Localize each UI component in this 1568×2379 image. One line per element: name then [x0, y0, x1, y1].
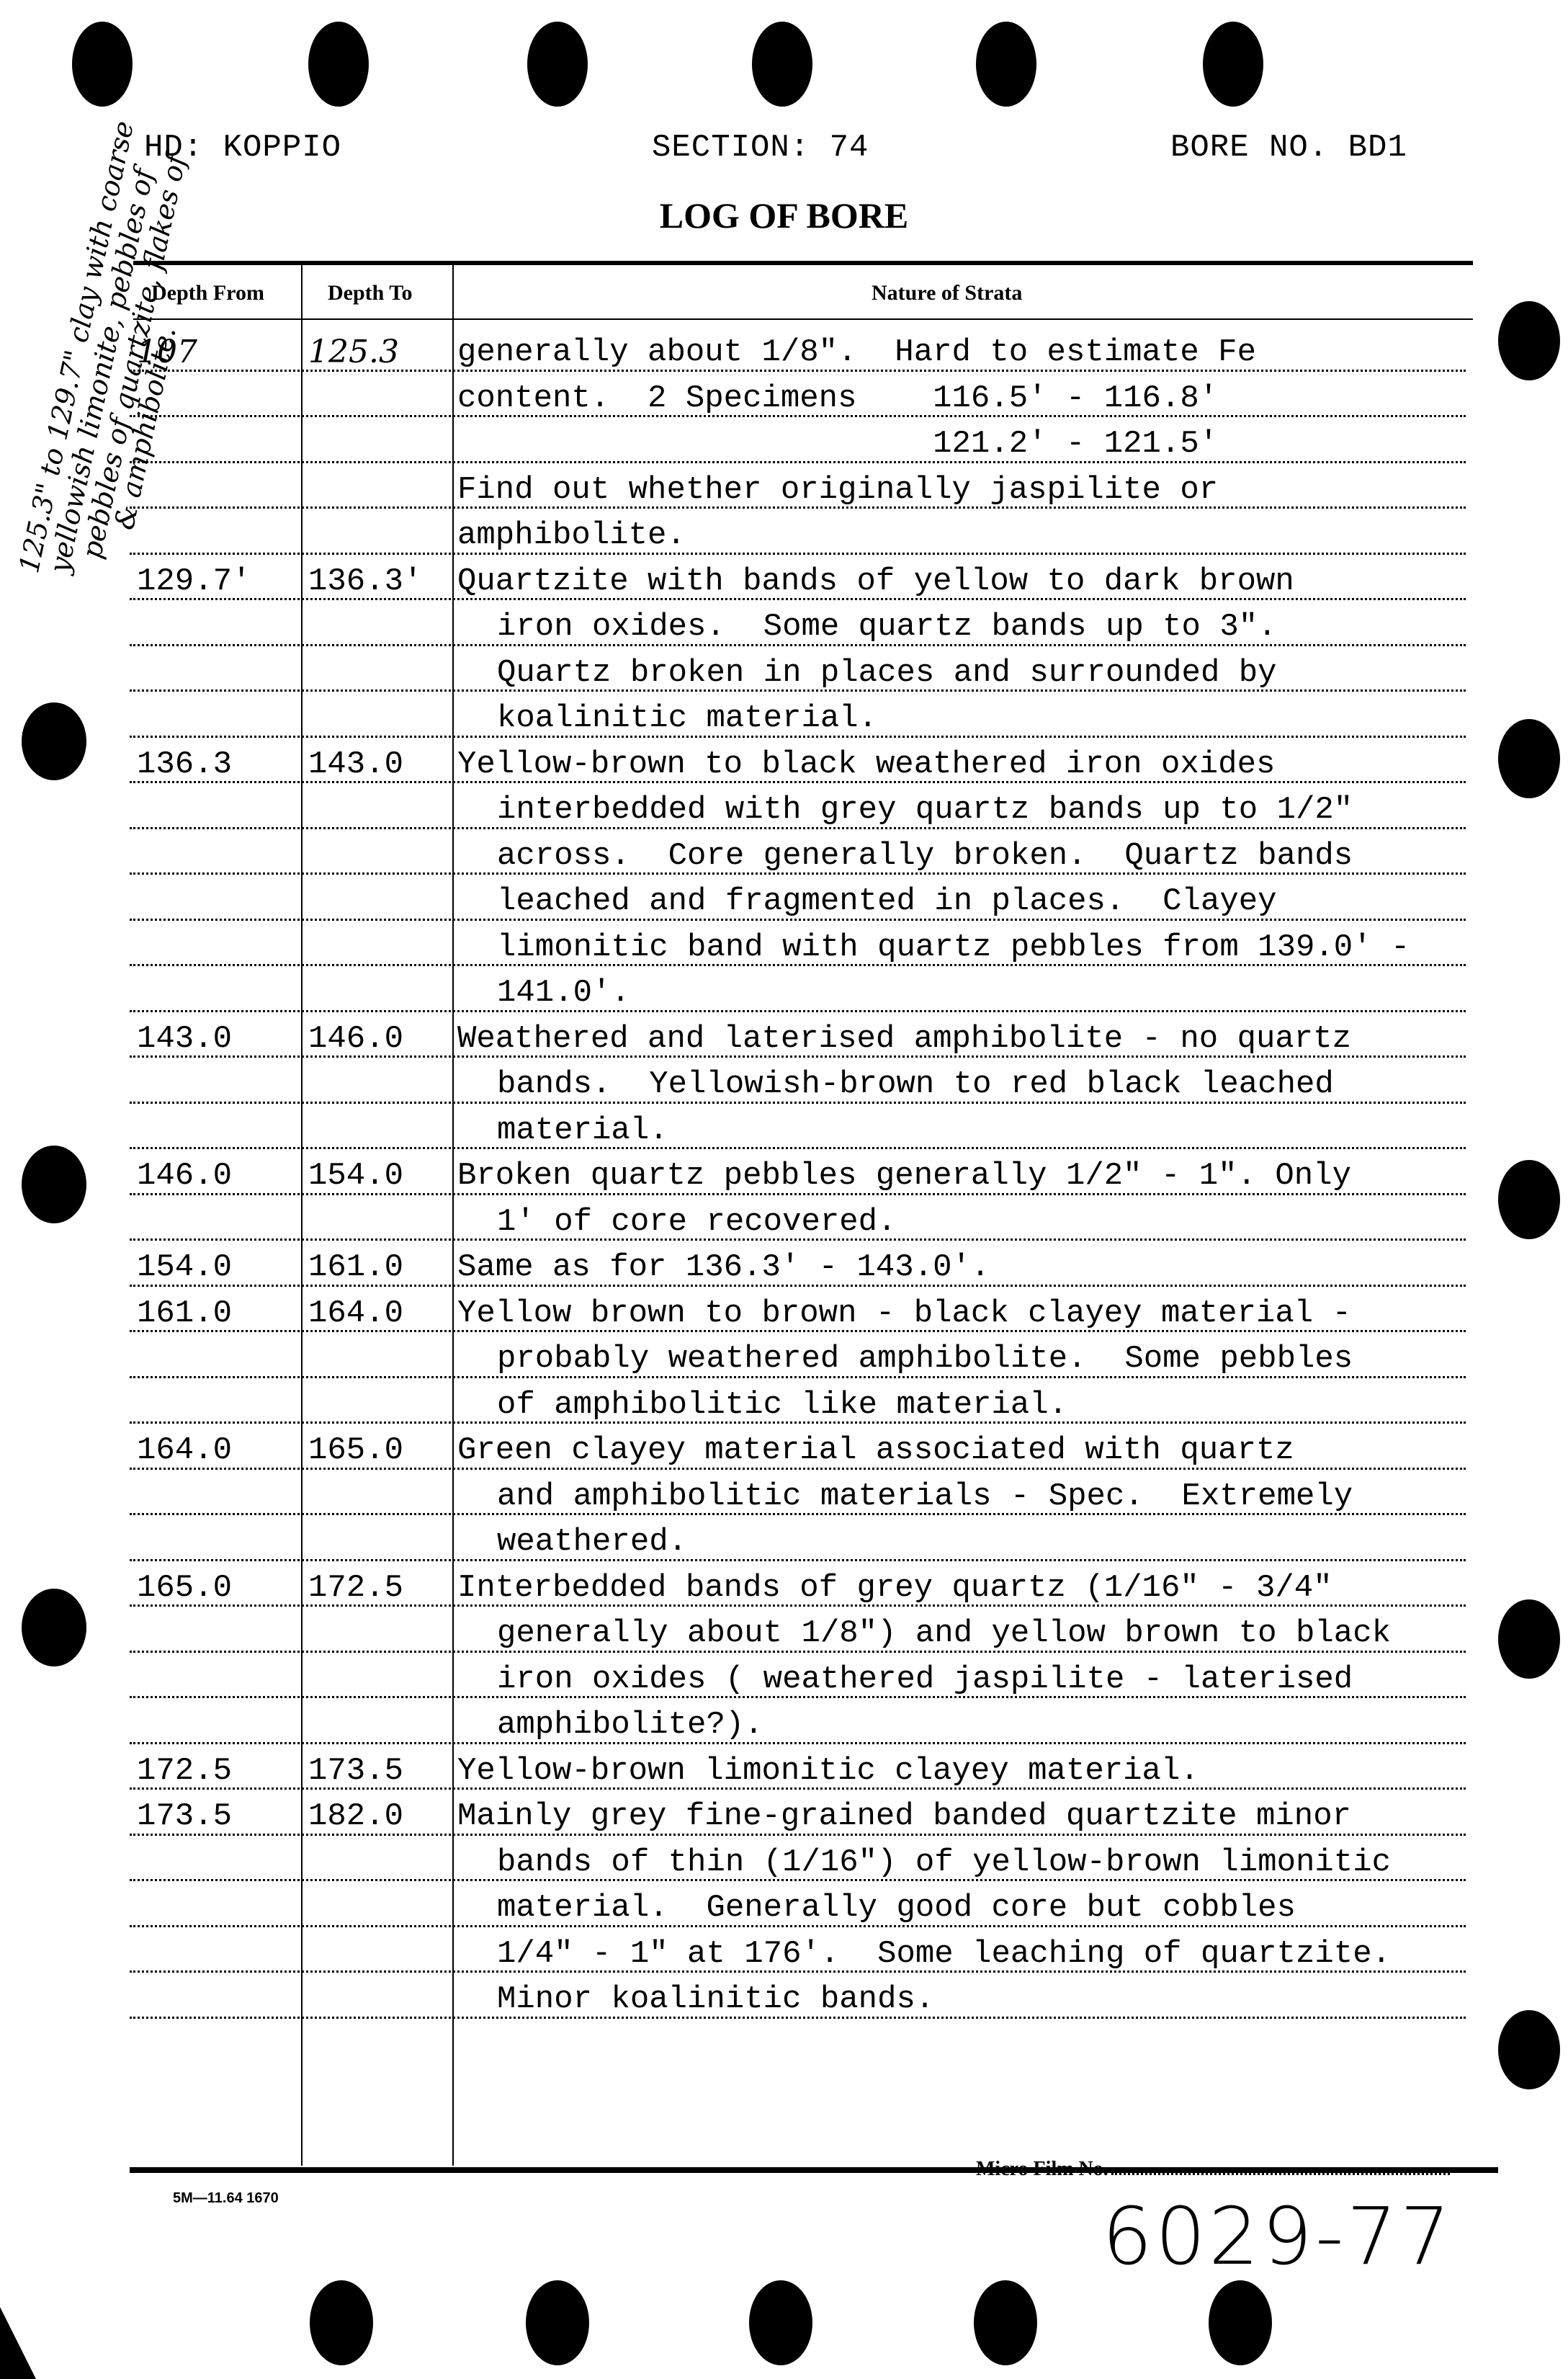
ruled-dotted-line	[130, 2017, 1466, 2019]
depth-to: 146.0	[308, 1023, 403, 1055]
strata-description-line: across. Core generally broken. Quartz ba…	[497, 840, 1353, 872]
strata-description-line: generally about 1/8". Hard to estimate F…	[457, 336, 1256, 368]
ruled-dotted-line	[130, 827, 1466, 829]
strata-description-line: probably weathered amphibolite. Some peb…	[497, 1343, 1353, 1375]
ruled-dotted-line	[130, 689, 1466, 692]
ruled-dotted-line	[130, 506, 1466, 509]
strata-description-line: limonitic band with quartz pebbles from …	[497, 932, 1410, 963]
ruled-dotted-line	[130, 1376, 1466, 1378]
depth-to: 164.0	[308, 1298, 403, 1329]
depth-from: 136.3	[137, 749, 232, 780]
depth-from: 165.0	[137, 1572, 232, 1604]
ruled-dotted-line	[130, 1055, 1466, 1058]
punch-hole	[527, 22, 588, 107]
ruled-dotted-line	[130, 964, 1466, 966]
ruled-dotted-line	[130, 1696, 1466, 1698]
punch-hole	[308, 22, 369, 107]
column-header-depth-to: Depth To	[328, 281, 413, 305]
depth-to: 182.0	[308, 1800, 403, 1832]
ruled-dotted-line	[130, 1651, 1466, 1653]
table-row: 143.0146.0Weathered and laterised amphib…	[130, 1014, 1466, 1152]
depth-to: 173.5	[308, 1755, 403, 1787]
strata-description-line: interbedded with grey quartz bands up to…	[497, 794, 1353, 826]
ruled-dotted-line	[130, 1238, 1466, 1241]
strata-description-line: 1' of core recovered.	[497, 1206, 897, 1238]
punch-hole	[1498, 1599, 1560, 1679]
column-header-nature-of-strata: Nature of Strata	[872, 281, 1022, 305]
strata-description-line: material.	[497, 1115, 668, 1146]
torn-corner	[0, 2307, 36, 2379]
ruled-dotted-line	[130, 1834, 1466, 1836]
strata-description-line: koalinitic material.	[497, 702, 877, 734]
table-row: 107125.3generally about 1/8". Hard to es…	[130, 328, 1466, 557]
strata-description-line: Interbedded bands of grey quartz (1/16" …	[457, 1572, 1332, 1604]
strata-description-line: amphibolite?).	[497, 1709, 763, 1741]
depth-to: 165.0	[308, 1434, 403, 1466]
header-bottom-rule	[133, 318, 1473, 320]
ruled-dotted-line	[130, 919, 1466, 921]
strata-description-line: Yellow-brown to black weathered iron oxi…	[457, 749, 1275, 780]
depth-to: 125.3	[308, 336, 399, 368]
strata-description-line: 141.0'.	[497, 977, 630, 1009]
depth-from: 161.0	[137, 1298, 232, 1329]
punch-hole	[526, 2280, 589, 2365]
ruled-dotted-line	[130, 1742, 1466, 1744]
depth-to: 161.0	[308, 1251, 403, 1283]
table-row: 173.5182.0Mainly grey fine-grained bande…	[130, 1792, 1466, 2021]
depth-to: 143.0	[308, 749, 403, 780]
strata-description-line: amphibolite.	[457, 519, 686, 551]
punch-hole	[22, 702, 86, 780]
hd-label: HD: KOPPIO	[144, 130, 341, 166]
ruled-dotted-line	[130, 1010, 1466, 1012]
table-row: 146.0154.0Broken quartz pebbles generall…	[130, 1151, 1466, 1243]
ruled-dotted-line	[130, 1925, 1466, 1927]
punch-hole	[1498, 2010, 1560, 2089]
punch-hole	[749, 2280, 812, 2365]
ruled-dotted-line	[130, 1559, 1466, 1561]
strata-description-line: Yellow-brown limonitic clayey material.	[457, 1755, 1199, 1787]
strata-description-line: generally about 1/8") and yellow brown t…	[497, 1617, 1391, 1649]
strata-description-line: of amphibolitic like material.	[497, 1389, 1067, 1421]
table-top-rule	[133, 261, 1473, 265]
strata-description-line: bands of thin (1/16") of yellow-brown li…	[497, 1847, 1391, 1878]
ruled-dotted-line	[130, 1970, 1466, 1973]
table-row: 136.3143.0Yellow-brown to black weathere…	[130, 740, 1466, 1014]
ruled-dotted-line	[130, 781, 1466, 783]
strata-description-line: bands. Yellowish-brown to red black leac…	[497, 1068, 1334, 1100]
ruled-dotted-line	[130, 1285, 1466, 1287]
punch-hole	[22, 1589, 86, 1666]
table-row: 154.0161.0Same as for 136.3' - 143.0'.	[130, 1243, 1466, 1289]
strata-description-line: Green clayey material associated with qu…	[457, 1434, 1294, 1466]
ruled-dotted-line	[130, 1102, 1466, 1104]
strata-description-line: Same as for 136.3' - 143.0'.	[457, 1251, 990, 1283]
punch-hole	[752, 22, 812, 107]
depth-from: 164.0	[137, 1434, 232, 1466]
strata-description-line: Find out whether originally jaspilite or	[457, 474, 1218, 506]
depth-from: 107	[137, 336, 197, 368]
strata-description-line: Quartz broken in places and surrounded b…	[497, 657, 1277, 689]
punch-hole	[1498, 719, 1560, 798]
ruled-dotted-line	[130, 1604, 1466, 1607]
strata-description-line: leached and fragmented in places. Clayey	[497, 885, 1277, 917]
depth-from: 129.7'	[137, 566, 251, 597]
punch-hole	[976, 22, 1036, 107]
punch-hole	[310, 2280, 373, 2365]
depth-from: 154.0	[137, 1251, 232, 1283]
ruled-dotted-line	[130, 1147, 1466, 1149]
table-row: 172.5173.5Yellow-brown limonitic clayey …	[130, 1746, 1466, 1793]
table-row: 165.0172.5Interbedded bands of grey quar…	[130, 1563, 1466, 1746]
microfilm-blank	[1111, 2173, 1450, 2175]
ruled-dotted-line	[130, 553, 1466, 555]
strata-description-line: Broken quartz pebbles generally 1/2" - 1…	[457, 1160, 1351, 1192]
ruled-dotted-line	[130, 1468, 1466, 1470]
strata-description-line: Quartzite with bands of yellow to dark b…	[457, 566, 1294, 597]
ruled-dotted-line	[130, 1787, 1466, 1790]
punch-hole	[22, 1146, 86, 1223]
depth-from: 172.5	[137, 1755, 232, 1787]
table-row: 161.0164.0Yellow brown to brown - black …	[130, 1289, 1466, 1427]
depth-from: 146.0	[137, 1160, 232, 1192]
punch-hole	[1203, 22, 1263, 107]
ruled-dotted-line	[130, 736, 1466, 738]
strata-description-line: iron oxides. Some quartz bands up to 3".	[497, 611, 1277, 643]
ruled-dotted-line	[130, 370, 1466, 372]
strata-description-line: weathered.	[497, 1526, 687, 1558]
punch-hole	[1209, 2280, 1272, 2365]
table-row: 129.7'136.3'Quartzite with bands of yell…	[130, 557, 1466, 740]
strata-description-line: content. 2 Specimens 116.5' - 116.8'	[457, 383, 1218, 414]
strata-description-line: 121.2' - 121.5'	[457, 428, 1218, 460]
depth-to: 136.3'	[308, 566, 422, 597]
margin-note: 125.3" to 129.7" clay with coarse yellow…	[0, 22, 151, 576]
page-title: LOG OF BORE	[0, 195, 1568, 236]
section-label: SECTION: 74	[652, 130, 869, 166]
depth-to: 172.5	[308, 1572, 403, 1604]
ruled-dotted-line	[130, 598, 1466, 600]
table-bottom-rule	[130, 2167, 1498, 2173]
punch-hole	[974, 2280, 1037, 2365]
table-row: 164.0165.0Green clayey material associat…	[130, 1426, 1466, 1563]
depth-from: 173.5	[137, 1800, 232, 1832]
depth-to: 154.0	[308, 1160, 403, 1192]
form-code: 5M—11.64 1670	[173, 2190, 279, 2207]
ruled-dotted-line	[130, 872, 1466, 875]
strata-description-line: and amphibolitic materials - Spec. Extre…	[497, 1481, 1353, 1512]
ruled-dotted-line	[130, 1330, 1466, 1332]
depth-from: 143.0	[137, 1023, 232, 1055]
strata-description-line: Minor koalinitic bands.	[497, 1983, 934, 2015]
ruled-dotted-line	[130, 461, 1466, 463]
ruled-dotted-line	[130, 1421, 1466, 1424]
punch-hole	[1498, 1160, 1560, 1239]
strata-description-line: iron oxides ( weathered jaspilite - late…	[497, 1664, 1353, 1695]
strata-description-line: Weathered and laterised amphibolite - no…	[457, 1023, 1351, 1055]
bore-number: BORE NO. BD1	[1170, 130, 1407, 166]
punch-hole	[1498, 301, 1560, 380]
strata-description-line: Mainly grey fine-grained banded quartzit…	[457, 1800, 1351, 1832]
strata-description-line: material. Generally good core but cobble…	[497, 1892, 1296, 1924]
ruled-dotted-line	[130, 1193, 1466, 1195]
ruled-dotted-line	[130, 415, 1466, 417]
strata-description-line: Yellow brown to brown - black clayey mat…	[457, 1298, 1351, 1329]
ruled-dotted-line	[130, 1513, 1466, 1515]
column-header-depth-from: Depth From	[151, 281, 264, 305]
ruled-dotted-line	[130, 644, 1466, 646]
ruled-dotted-line	[130, 1879, 1466, 1881]
strata-description-line: 1/4" - 1" at 176'. Some leaching of quar…	[497, 1938, 1391, 1970]
file-reference-handwritten: 6029-77	[1102, 2190, 1453, 2282]
